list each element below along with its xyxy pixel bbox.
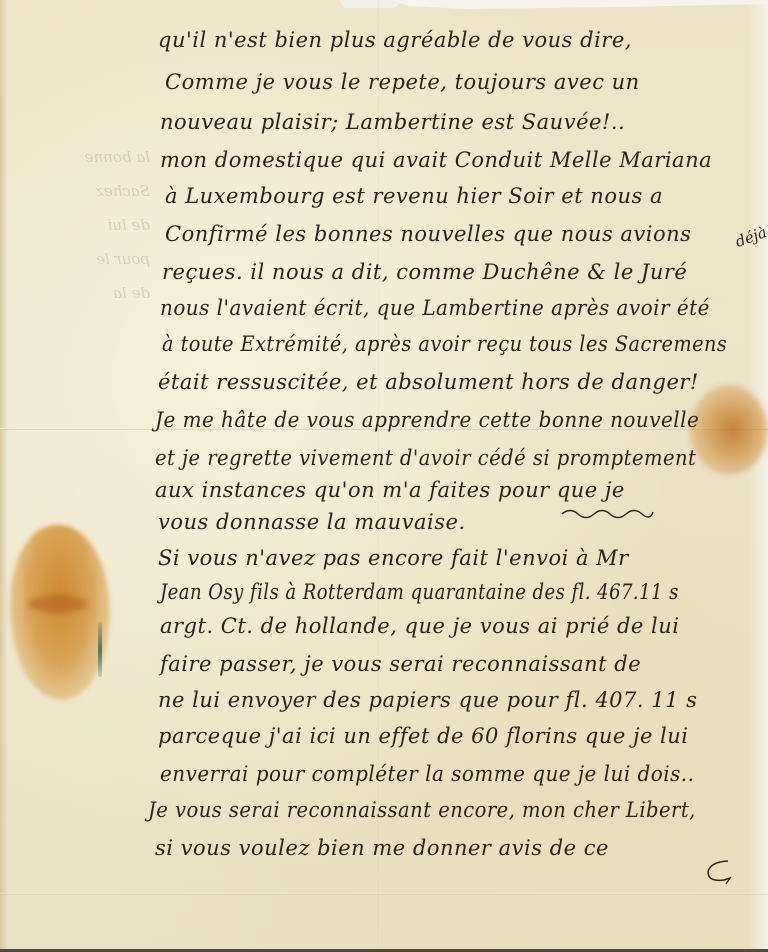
flourish-mark	[560, 505, 655, 519]
letter-line-3: nouveau plaisir; Lambertine est Sauvée!.…	[160, 110, 625, 134]
letter-line-1: qu'il n'est bien plus agréable de vous d…	[158, 28, 632, 52]
letter-line-16: Jean Osy fils à Rotterdam quarantaine de…	[160, 580, 679, 604]
letter-line-23: si vous voulez bien me donner avis de ce	[155, 836, 609, 860]
letter-line-12: et je regrette vivement d'avoir cédé si …	[155, 446, 696, 470]
margin-note-deja: déjà	[733, 223, 768, 251]
letter-line-19: ne lui envoyer des papiers que pour fl. …	[158, 688, 697, 712]
letter-line-22: Je vous serai reconnaissant encore, mon …	[148, 798, 696, 822]
letter-line-6: Confirmé les bonnes nouvelles que nous a…	[165, 222, 691, 246]
letter-line-18: faire passer, je vous serai reconnaissan…	[160, 652, 641, 676]
letter-line-15: Si vous n'avez pas encore fait l'envoi à…	[158, 546, 629, 570]
letter-line-21: enverrai pour compléter la somme que je …	[160, 762, 694, 786]
letter-line-5: à Luxembourg est revenu hier Soir et nou…	[165, 184, 663, 208]
letter-line-7: reçues. il nous a dit, comme Duchêne & l…	[162, 260, 687, 284]
letter-body: qu'il n'est bien plus agréable de vous d…	[0, 0, 768, 952]
letter-line-10: était ressuscitée, et absolument hors de…	[158, 370, 699, 394]
letter-line-4: mon domestique qui avait Conduit Melle M…	[160, 148, 712, 172]
letter-line-2: Comme je vous le repete, toujours avec u…	[165, 70, 640, 94]
letter-line-11: Je me hâte de vous apprendre cette bonne…	[155, 408, 699, 432]
letter-line-20: parceque j'ai ici un effet de 60 florins…	[158, 724, 689, 748]
letter-page: la bonne Sachez de lui pour le de la qu'…	[0, 0, 768, 952]
letter-line-14: vous donnasse la mauvaise.	[158, 510, 466, 534]
letter-line-8: nous l'avaient écrit, que Lambertine apr…	[160, 296, 710, 320]
paraph-flourish	[700, 858, 740, 888]
letter-line-17: argt. Ct. de hollande, que je vous ai pr…	[160, 614, 679, 638]
letter-line-13: aux instances qu'on m'a faites pour que …	[155, 478, 625, 502]
letter-line-9: à toute Extrémité, après avoir reçu tous…	[162, 332, 727, 356]
